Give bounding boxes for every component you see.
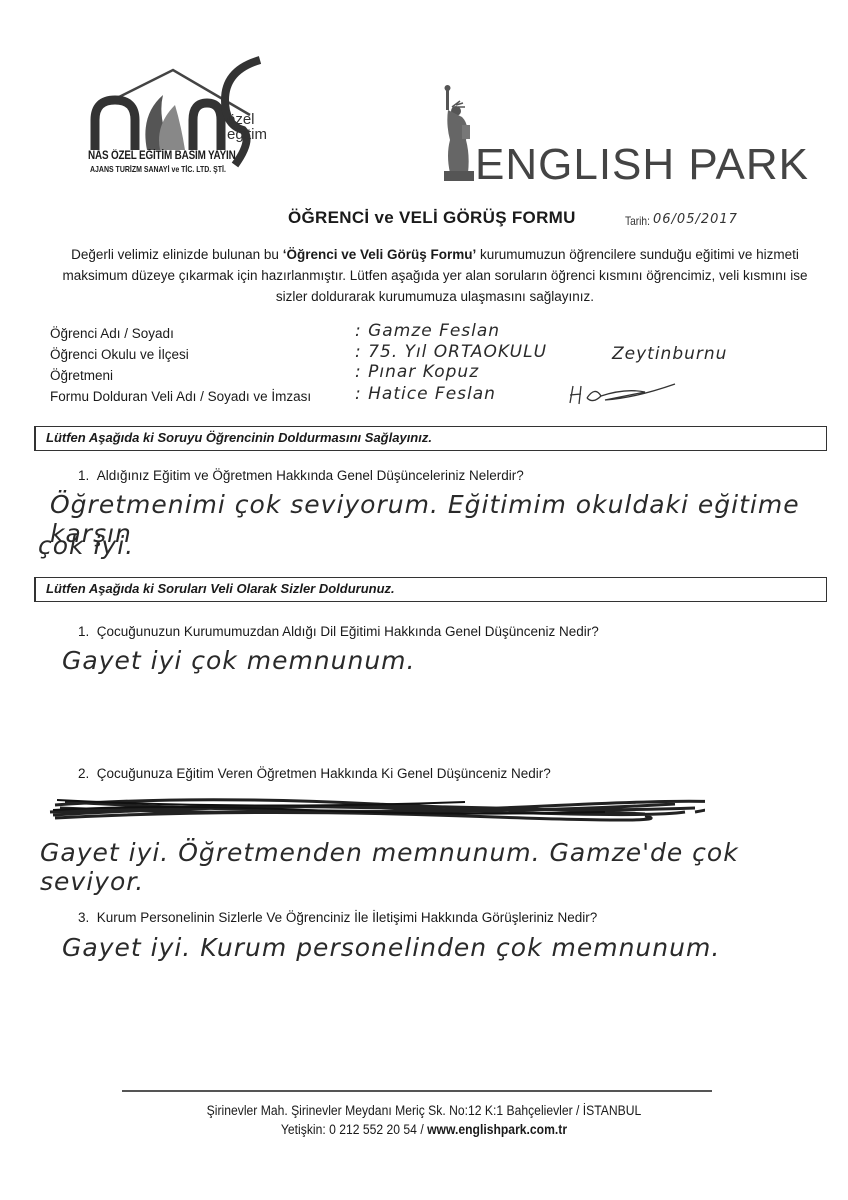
parent-answer-3[interactable]: Gayet iyi. Kurum personelinden çok memnu… — [62, 933, 720, 962]
student-question-1: 1. Aldığınız Eğitim ve Öğretmen Hakkında… — [78, 468, 524, 483]
teacher-label: Öğretmeni — [50, 368, 113, 383]
statue-of-liberty-icon — [438, 85, 478, 183]
parent-answer-2[interactable]: Gayet iyi. Öğretmenden memnunum. Gamze'd… — [40, 838, 848, 896]
student-answer-1-line-1[interactable]: Öğretmenimi çok seviyorum. Eğitimim okul… — [50, 490, 848, 548]
teacher-value[interactable]: : Pınar Kopuz — [355, 362, 479, 382]
parent-question-2: 2. Çocuğunuza Eğitim Veren Öğretmen Hakk… — [78, 766, 551, 781]
parent-answer-1[interactable]: Gayet iyi çok memnunum. — [62, 646, 415, 675]
parent-label: Formu Dolduran Veli Adı / Soyadı ve İmza… — [50, 389, 311, 404]
form-title: ÖĞRENCİ ve VELİ GÖRÜŞ FORMU — [288, 208, 576, 228]
footer-address: Şirinevler Mah. Şirinevler Meydanı Meriç… — [42, 1103, 805, 1118]
student-name-label: Öğrenci Adı / Soyadı — [50, 326, 174, 341]
crossed-out-text-icon — [45, 790, 705, 828]
company-subtitle: AJANS TURİZM SANAYİ ve TİC. LTD. ŞTİ. — [90, 164, 226, 174]
company-name: NAS ÖZEL EĞİTİM BASIM YAYIN — [88, 150, 236, 162]
date-label: Tarih: — [625, 214, 650, 228]
intro-paragraph: Değerli velimiz elinizde bulunan bu ‘Öğr… — [50, 244, 820, 307]
student-answer-1-line-2[interactable]: çok iyi. — [38, 531, 134, 560]
website-link[interactable]: www.englishpark.com.tr — [427, 1122, 567, 1137]
student-school-label: Öğrenci Okulu ve İlçesi — [50, 347, 189, 362]
student-name-value[interactable]: : Gamze Feslan — [355, 321, 500, 341]
parent-value[interactable]: : Hatice Feslan — [355, 384, 496, 404]
student-school-value[interactable]: : 75. Yıl ORTAOKULU — [355, 342, 547, 362]
parent-question-3: 3. Kurum Personelinin Sizlerle Ve Öğrenc… — [78, 910, 597, 925]
logo-tag-egitim: eğitim — [227, 127, 267, 142]
date-value: 06/05/2017 — [653, 212, 738, 227]
parent-section-heading: Lütfen Aşağıda ki Soruları Veli Olarak S… — [34, 577, 827, 602]
student-section-heading: Lütfen Aşağıda ki Soruyu Öğrencinin Dold… — [34, 426, 827, 451]
logo-tag-ozel: özel — [227, 112, 255, 127]
footer-divider — [122, 1090, 712, 1092]
footer-contact: Yetişkin: 0 212 552 20 54 / www.englishp… — [42, 1122, 805, 1137]
student-district-value[interactable]: Zeytinburnu — [612, 344, 727, 364]
english-park-brand: ENGLISH PARK — [475, 140, 809, 190]
signature-icon[interactable] — [565, 378, 685, 408]
parent-question-1: 1. Çocuğunuzun Kurumumuzdan Aldığı Dil E… — [78, 624, 599, 639]
